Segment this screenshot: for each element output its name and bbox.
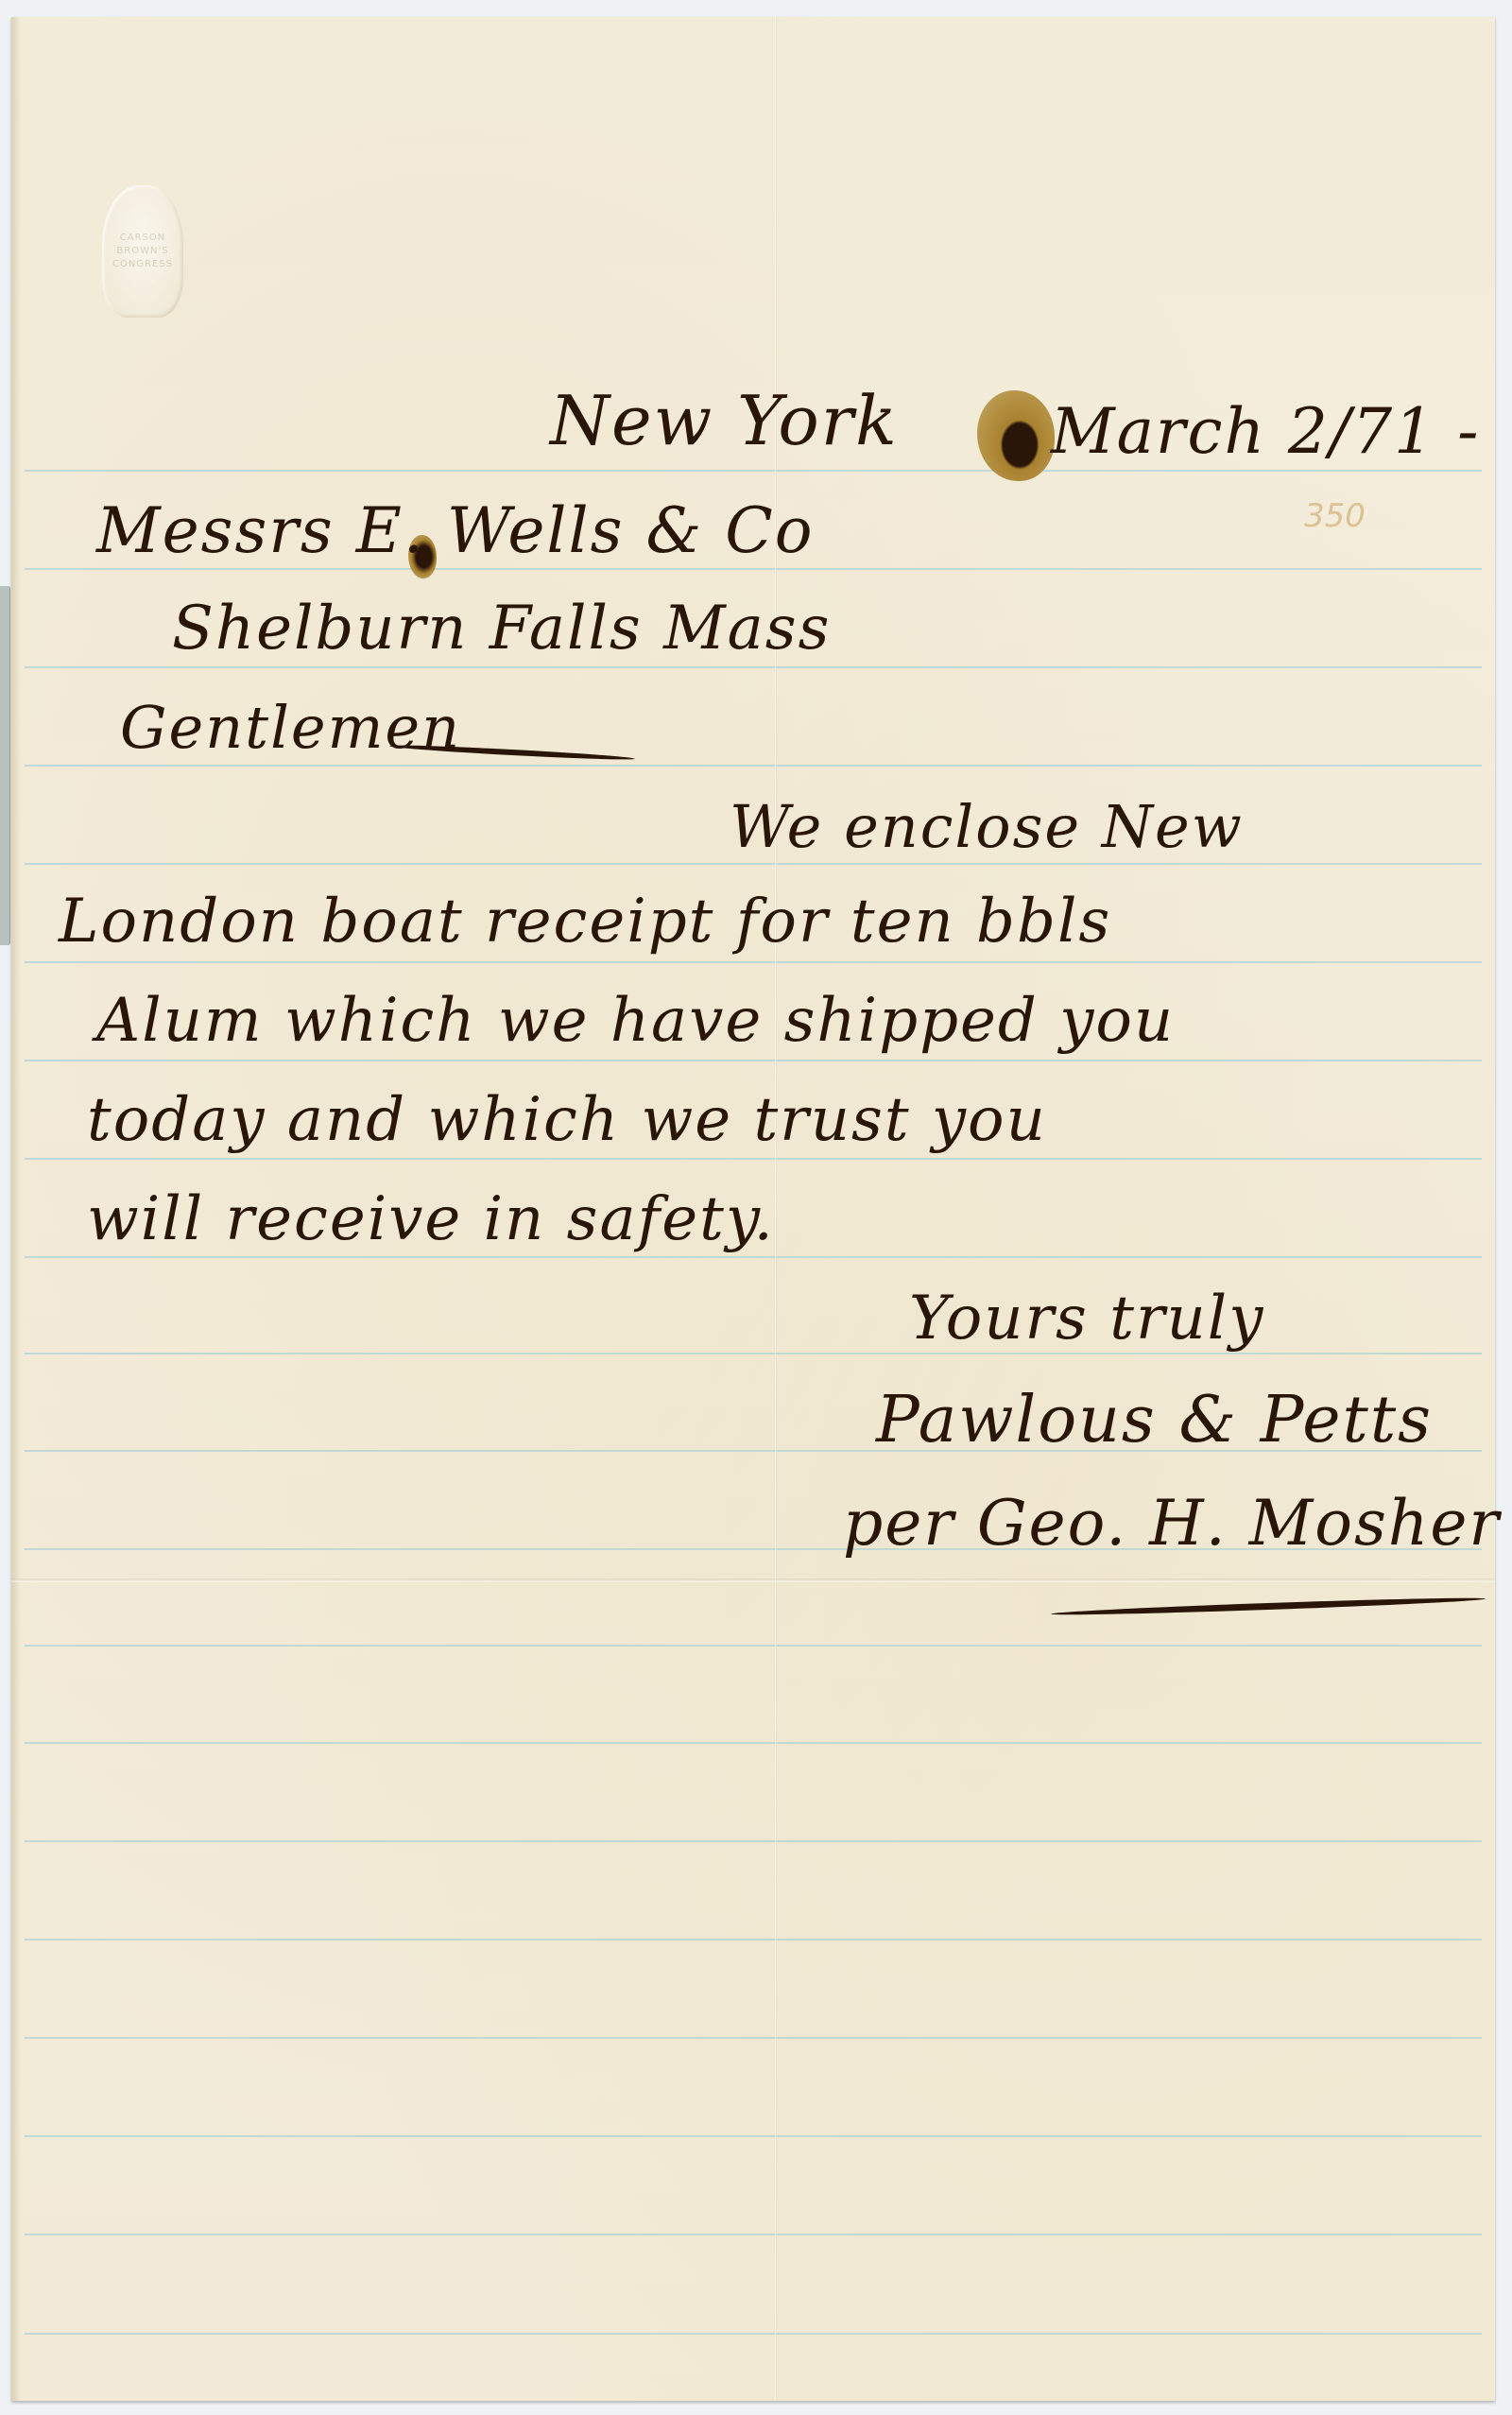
horizontal-fold <box>11 1578 1495 1582</box>
ruled-line <box>25 568 1482 570</box>
dateline-place: New York <box>550 381 899 460</box>
body-line: We enclose New <box>730 792 1244 861</box>
ruled-line <box>25 1256 1482 1258</box>
ruled-line <box>25 765 1482 767</box>
emboss-line: BROWN'S <box>116 245 168 258</box>
embossed-stamp: CARSON BROWN'S CONGRESS <box>102 185 183 318</box>
ruled-line <box>25 2234 1482 2235</box>
ruled-line <box>25 863 1482 865</box>
salutation: Gentlemen <box>120 693 461 762</box>
dateline-date: March 2/71 - <box>1051 395 1480 468</box>
signature-firm: Pawlous & Petts <box>876 1383 1433 1458</box>
ruled-line <box>25 1840 1482 1842</box>
signature-flourish <box>1051 1596 1486 1617</box>
ruled-line <box>25 1158 1482 1160</box>
ruled-line <box>25 1939 1482 1941</box>
ink-blot <box>977 390 1055 481</box>
ruled-line <box>25 470 1482 472</box>
paper-edge <box>11 17 21 2401</box>
signature-per: per Geo. H. Mosher <box>843 1487 1501 1560</box>
binding-tab <box>0 586 10 945</box>
body-line: Alum which we have shipped you <box>96 986 1175 1056</box>
addressee-name: Messrs E. Wells & Co <box>96 494 814 567</box>
ruled-line <box>25 2037 1482 2039</box>
ruled-line <box>25 2135 1482 2137</box>
ruled-line <box>25 1645 1482 1647</box>
ruled-line <box>25 1060 1482 1061</box>
closing: Yours truly <box>909 1284 1264 1354</box>
ruled-line <box>25 1742 1482 1744</box>
ruled-line <box>25 961 1482 963</box>
ruled-line <box>25 666 1482 668</box>
letter-sheet: CARSON BROWN'S CONGRESS 350 New York Mar… <box>11 17 1495 2401</box>
ruled-line <box>25 2333 1482 2335</box>
emboss-line: CONGRESS <box>112 258 173 271</box>
vertical-fold <box>775 17 777 2401</box>
body-line: today and which we trust you <box>87 1085 1047 1155</box>
addressee-location: Shelburn Falls Mass <box>172 594 831 664</box>
pencil-note: 350 <box>1304 497 1366 535</box>
emboss-line: CARSON <box>120 232 165 245</box>
body-line: will receive in safety. <box>87 1184 775 1254</box>
body-line: London boat receipt for ten bbls <box>59 887 1111 957</box>
